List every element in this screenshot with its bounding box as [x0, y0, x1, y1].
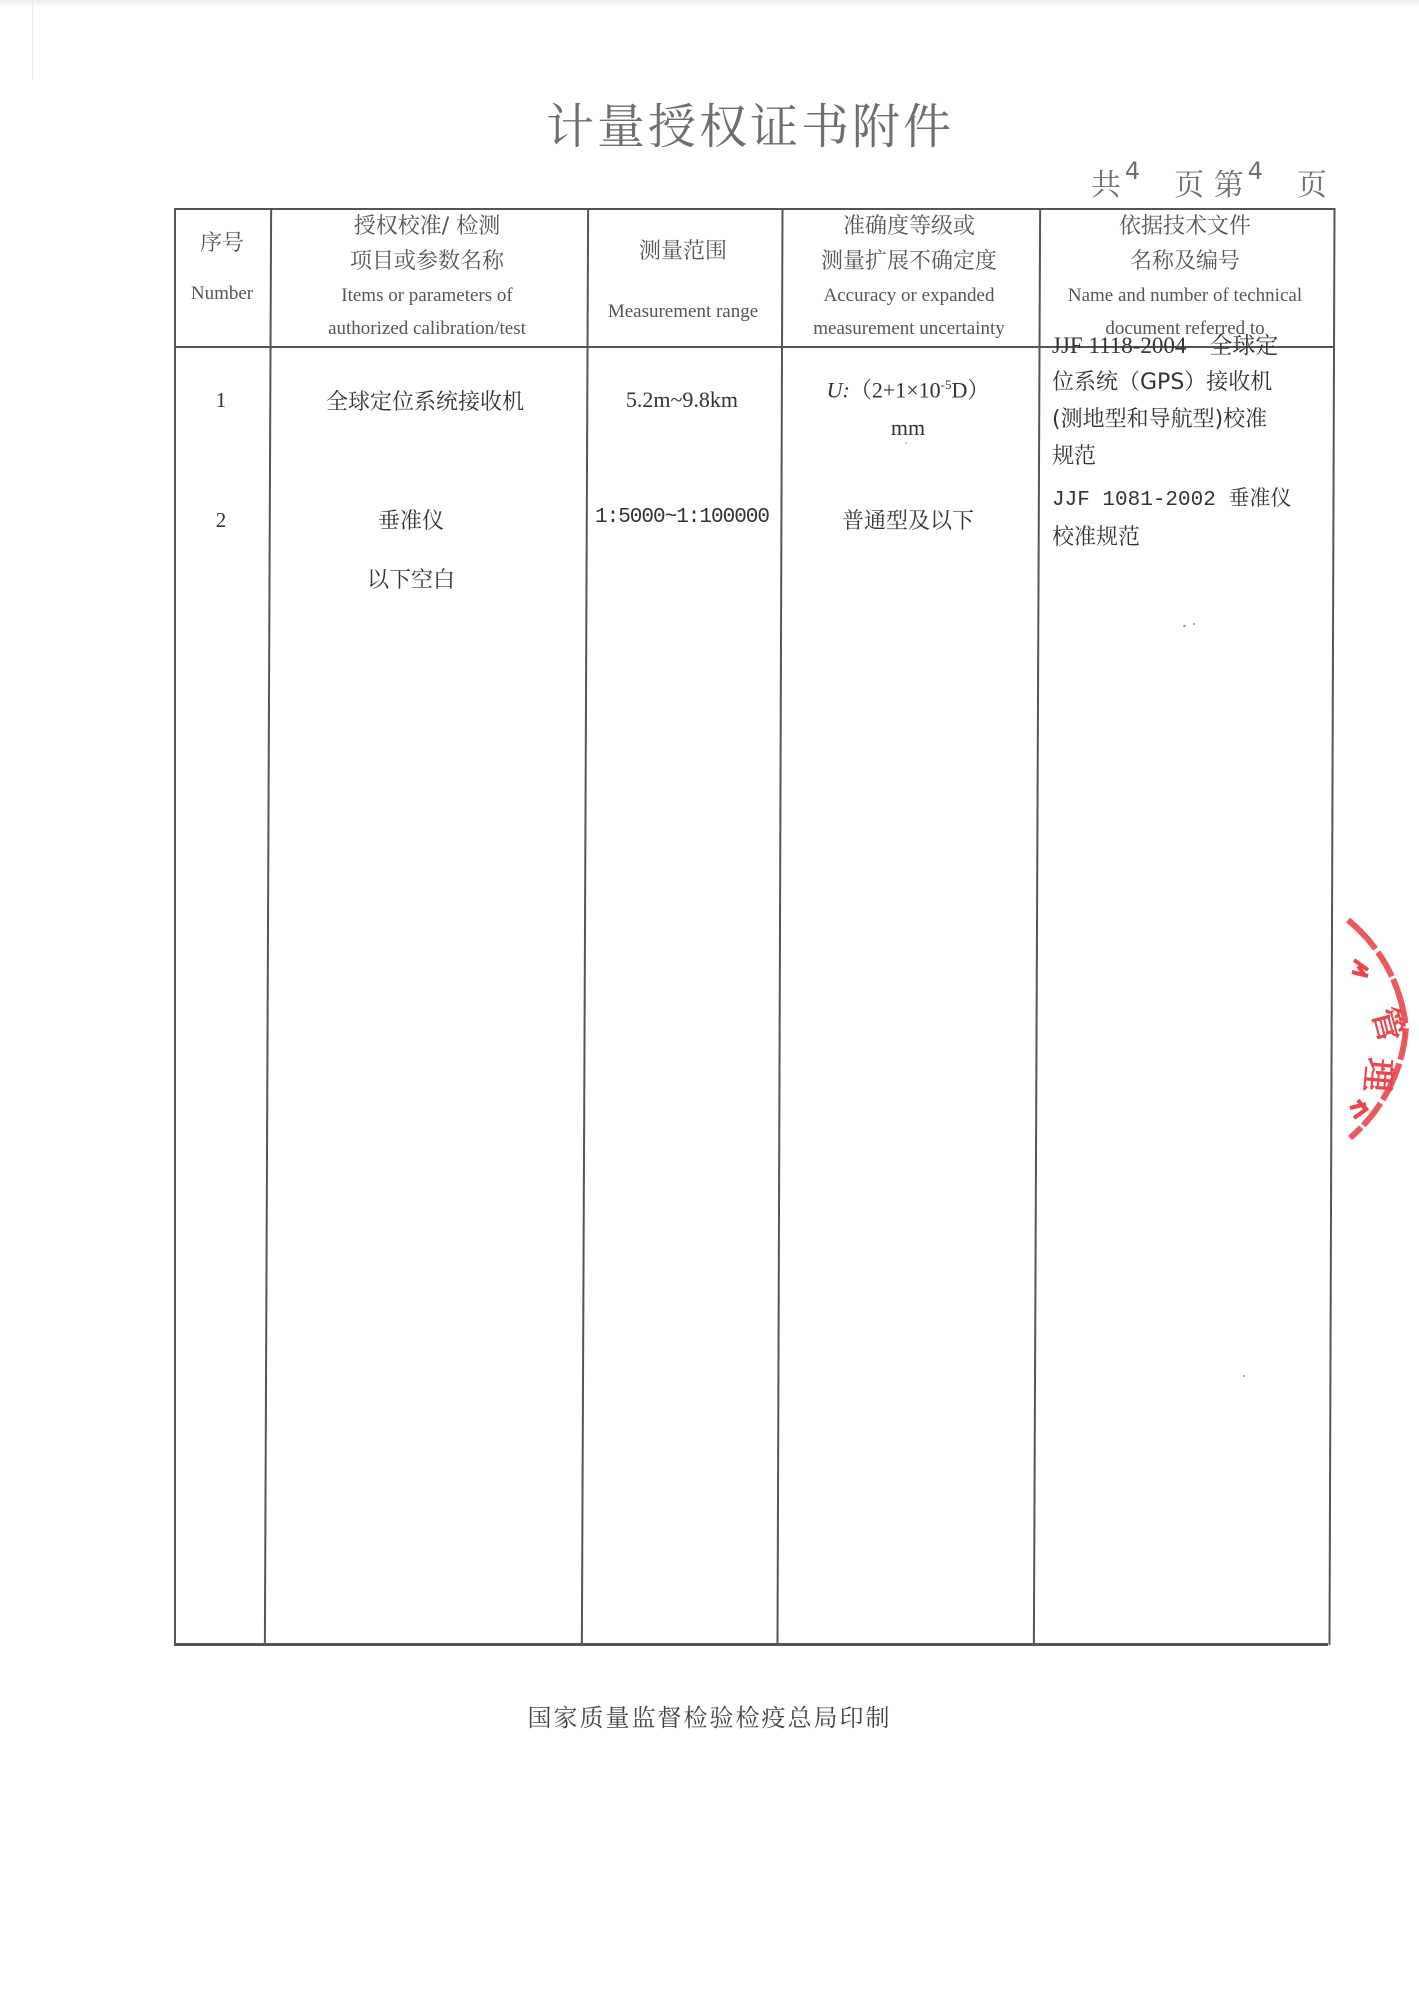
header-document-cn-2: 名称及编号 [1038, 244, 1332, 279]
page-middle: 页 第 [1174, 168, 1244, 203]
header-item: 授权校准/ 检测 项目或参数名称 Items or parameters of … [269, 209, 585, 345]
stamp-char-2: 理 [1356, 1056, 1399, 1093]
accuracy-formula: （2+1×10 [850, 377, 941, 402]
header-document: 依据技术文件 名称及编号 Name and number of technica… [1038, 209, 1332, 345]
header-document-en-1: Name and number of technical [1038, 279, 1332, 312]
column-divider-1 [264, 208, 272, 1645]
header-accuracy-cn-2: 测量扩展不确定度 [781, 244, 1037, 279]
document-line-1: JJF 1081-2002 垂准仪 [1052, 482, 1332, 519]
current-page: 4 [1248, 157, 1263, 185]
row-accuracy: U:（2+1×10-5D） mm [781, 366, 1035, 447]
row-range: 5.2m~9.8km [586, 387, 778, 413]
header-number: 序号 Number [176, 226, 268, 310]
header-accuracy-cn-1: 准确度等级或 [781, 209, 1037, 244]
row-number: 2 [176, 508, 266, 533]
document-title: 计量授权证书附件 [0, 88, 1419, 157]
scan-edge [0, 0, 1419, 8]
header-item-cn-2: 项目或参数名称 [269, 244, 585, 279]
scan-speck [1183, 624, 1187, 627]
header-accuracy-en-2: measurement uncertainty [781, 312, 1037, 345]
row-number: 1 [176, 388, 266, 413]
document-line-4: 规范 [1052, 438, 1332, 475]
scan-edge-left [32, 0, 33, 80]
table-left-border [174, 208, 176, 1645]
header-accuracy: 准确度等级或 测量扩展不确定度 Accuracy or expanded mea… [781, 209, 1037, 345]
row-document: JJF 1081-2002 垂准仪 校准规范 [1052, 482, 1332, 556]
official-stamp: 管 理 [1336, 908, 1419, 1148]
accuracy-prefix: U: [827, 377, 850, 402]
page-prefix: 共 [1091, 168, 1121, 203]
row-item: 全球定位系统接收机 [269, 385, 581, 416]
column-divider-2 [581, 208, 589, 1645]
accuracy-exponent: -5 [941, 377, 952, 392]
header-accuracy-en-1: Accuracy or expanded [781, 279, 1037, 312]
table-bottom-border [174, 1643, 1328, 1646]
document-line-2: 位系统（GPS）接收机 [1052, 364, 1332, 401]
accuracy-unit: mm [781, 409, 1035, 447]
blank-note: 以下空白 [269, 563, 553, 594]
header-item-en-2: authorized calibration/test [269, 312, 585, 345]
document-line-3: (测地型和导航型)校准 [1052, 401, 1332, 438]
document-line-2: 校准规范 [1052, 519, 1332, 556]
header-range-en: Measurement range [586, 295, 780, 328]
accuracy-formula-end: D） [952, 377, 990, 402]
header-number-cn: 序号 [176, 226, 268, 261]
document-footer: 国家质量监督检验检疫总局印制 [0, 1698, 1419, 1733]
header-range-cn: 测量范围 [586, 234, 780, 269]
row-item: 垂准仪 [269, 504, 553, 535]
total-pages: 4 [1125, 157, 1140, 185]
row-accuracy: 普通型及以下 [781, 504, 1035, 535]
document-line-1: JJF 1118-2004 全球定 [1052, 327, 1332, 364]
page-indicator: 共4页 第4页 [1091, 160, 1327, 204]
row-document: JJF 1118-2004 全球定 位系统（GPS）接收机 (测地型和导航型)校… [1052, 327, 1332, 475]
header-document-cn-1: 依据技术文件 [1038, 209, 1332, 244]
header-range: 测量范围 Measurement range [586, 234, 780, 328]
scan-speck [1193, 623, 1195, 625]
page-suffix: 页 [1297, 168, 1327, 203]
header-item-en-1: Items or parameters of [269, 279, 585, 312]
header-number-en: Number [176, 277, 268, 310]
scan-speck [1243, 1375, 1245, 1377]
scan-speck [905, 442, 907, 444]
row-range: 1:5000~1:100000 [584, 506, 780, 529]
header-item-cn-1: 授权校准/ 检测 [269, 209, 585, 244]
